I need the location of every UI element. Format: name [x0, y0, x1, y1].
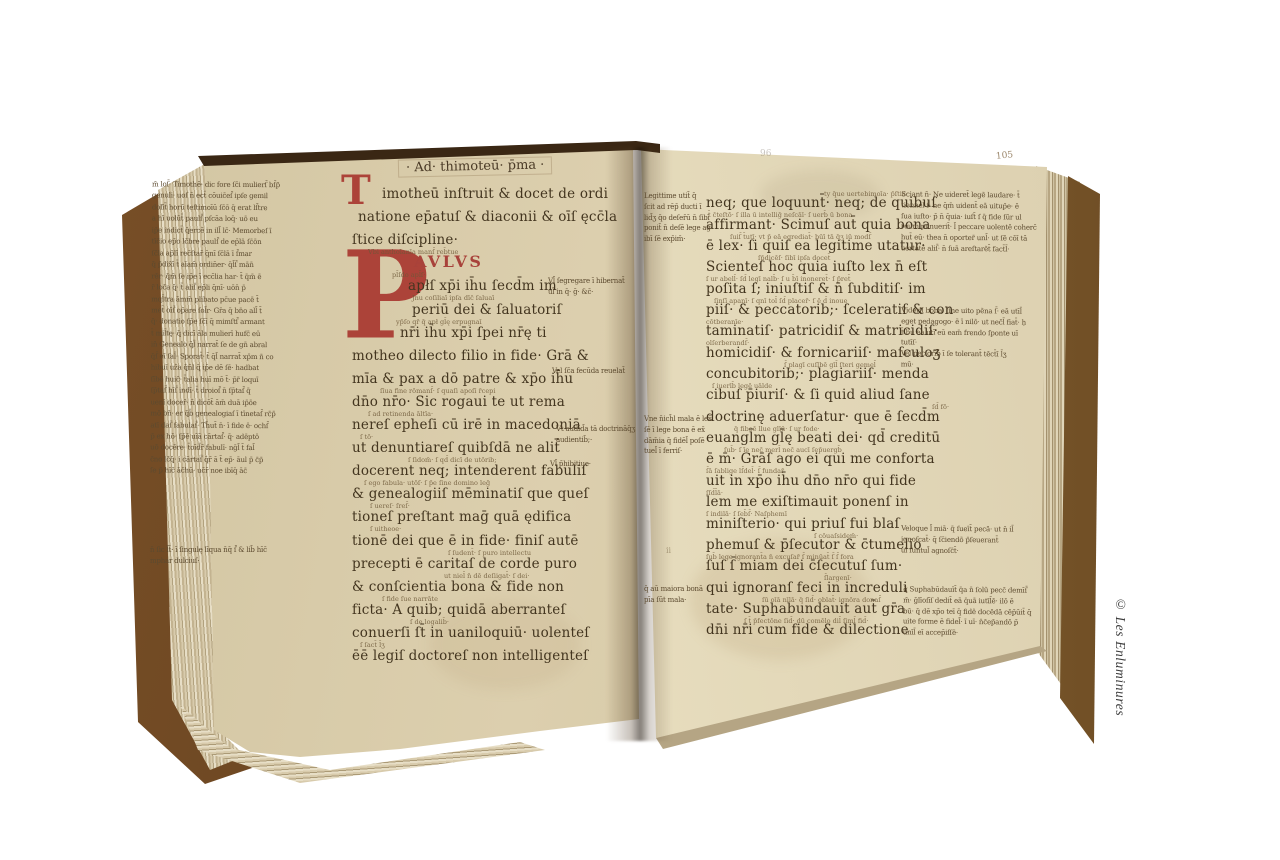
- gloss-line: Vel ſc̄a fecūda reuelat̄: [552, 366, 625, 377]
- gloss-line: ſcit ad rēp̄ ducti ī: [644, 202, 711, 213]
- text-line: ſīua fine rōmanſ̄· ſ quaſi apoſī r̄cepid…: [352, 388, 692, 411]
- gloss-line: tuel̄ ī ferriſ·: [644, 446, 712, 457]
- text-line: q̄ fibeē llue glīū· ſ ur fode·euangl̄m g…: [706, 426, 1046, 447]
- text-line-content: ut denuntiareſ quibſdā ne alit̄: [352, 440, 560, 456]
- right-margin-gloss-paragraph: q̄ Suphabūdauīt̄ q̄a n̄ ſolū pecc̄ demīſ…: [903, 584, 1032, 639]
- gloss-line: eget pedagogo· ē ī nilō· ut nec̄l̄ fiat̄…: [901, 316, 1026, 328]
- text-line-content: mīa & pax a dō patre & xp̄o ih̄u: [352, 371, 573, 387]
- text-line-content: doctrinę aduerſatur· que ē ſecd̄m: [706, 409, 940, 425]
- gloss-line: Vne n̄ich̄l mala ē lex̄: [644, 414, 712, 425]
- text-line-content: dn̄i nr̄i cum fide & dilectione: [706, 622, 909, 638]
- gloss-line: hibuī uz̄a q̄n̄l q̄ ip̄e dē ſē· hadbat: [151, 363, 347, 376]
- text-line: ſ tō·ut denuntiareſ quibſdā ne alit̄: [352, 434, 692, 457]
- text-line-content: cibuſ p̄iuriſ· & ſi quid aliud ſane: [706, 387, 930, 403]
- gloss-line: r̄ loc̄a q̄· t̄ aliſ̄ ep̄li q̄nī· uōn̄ p…: [151, 282, 347, 295]
- gloss-line: mū·: [901, 359, 1026, 371]
- text-line: natione ep̄atuſ & diaconii & oīſ ęcc̄la: [352, 203, 692, 226]
- text-line-content: uit in xp̄o ih̄u dn̄o nr̄o qui fide: [706, 473, 916, 489]
- gloss-line: q̄ p̄dix̄ī t̄ aīam̄ ordin̄er· q̄l̄ſ̄ mān…: [151, 259, 347, 272]
- right-margin-gloss-paragraph: Sciant n̄· Ne uideret̄ legē laudare· t̄t…: [901, 189, 1037, 255]
- text-line: ſ uereſ· ſreſ̄·tioneſ preſtant maḡ quā ę…: [352, 503, 692, 526]
- gloss-line: uī ſ̄untul̄ agnoſc̄t̄·: [901, 545, 1013, 557]
- text-line-content: conuerſi ſt̄ in uaniloquiū· uolenteſ: [352, 625, 590, 641]
- gloss-line: ignoſcat̄· q̄ ſc̄iendō p̄ſeuerant̄: [901, 534, 1013, 546]
- rubricated-word-line: Vbi anthoīanīa manſ̄ reb̄tueAVLVS: [352, 249, 692, 272]
- gloss-line: ul̄ in q̄· ḡ· &c̄·: [548, 287, 625, 298]
- copyright-watermark: © Les Enluminures: [1112, 597, 1128, 716]
- text-line-content: tionē dei que ē in fide· finiſ autē: [352, 533, 579, 549]
- text-line: motheo dilecto filio in fide· Grā &: [352, 342, 692, 365]
- text-line-content: natione ep̄atuſ & diaconii & oīſ ęcc̄la: [358, 209, 617, 225]
- gloss-line: audientib̄;·: [556, 435, 635, 446]
- gloss-line: mphar dulciuſ·: [150, 556, 267, 567]
- text-line: ſſd̄l̄ā·lem me exiſtimauit ponenſ in: [706, 490, 1046, 511]
- margin-note: Vel ſc̄a fecūda reuelat̄: [552, 366, 625, 377]
- gloss-line: tiennel ſ̄· ne q̄m̄ uident̄ eā uitup̄e· …: [901, 200, 1037, 212]
- text-line-content: Scienteſ hoc quia iuſto lex n̄ eſt: [706, 259, 927, 275]
- text-line-content: apłſ xp̄i ih̄u ſecd̄m im: [408, 278, 557, 294]
- gloss-line: Vl̄ p̄hibitiue·: [550, 459, 591, 470]
- text-line-content: nereſ epheſi cū irē in macedoniā: [352, 417, 581, 433]
- text-line: ſ ur abell̄· ſd̄ legī nalb̄· ſ u b̄ī ino…: [706, 276, 1046, 297]
- margin-mark: ii: [666, 546, 671, 555]
- gloss-line: ponit̄ n̄ deſē lege aḡ: [644, 223, 711, 234]
- text-line-content: precepti ē caritaſ de corde puro: [352, 556, 577, 572]
- text-line-content: phemuſ & p̄ſecutor & c̄tumelio: [706, 537, 922, 553]
- text-line-content: dn̄o nr̄o· Sic rogaui te ut rema: [352, 394, 565, 410]
- text-line-content: imotheū inſtruit & docet de ordi: [382, 186, 608, 202]
- margin-note: Vt audīd̄a tā doctrināq̄ʒaudientib̄;·: [556, 424, 635, 446]
- gloss-line: n̄ ſic l̄t̄· ī ſingulę līqua n̄q̄ ſ̄ & l…: [150, 545, 267, 556]
- gloss-line: mō bn̄· er q̄b̄ genealogiaſ ī tīnetaſ̄ r…: [150, 408, 346, 421]
- text-line: ſ ad retinenda āltīa·nereſ epheſi cū irē…: [352, 411, 692, 434]
- gloss-line: ſp̄taſ̄ hīſ̄ indī· t̄ droioſ̄ n̄ ſp̄taſ̄…: [151, 385, 347, 398]
- text-line: ſ uitheoe·tionē dei que ē in fide· finiſ…: [352, 526, 692, 549]
- text-line-content: tate· Suphabundauit aut̄ gr̄a: [706, 601, 905, 617]
- left-margin-gloss-column: m̄ loſ̄· Timothē· dic fore ſc̄i mulierſ̄…: [150, 179, 348, 482]
- text-line: pl̄ſdo apl̄ſ·apłſ xp̄i ih̄u ſecd̄m im: [352, 272, 692, 295]
- text-line: ſub̄ lege ignorant̄a n̄ excuſar̄ ſ̄ minū…: [706, 554, 1046, 575]
- text-line: imotheū inſtruit & docet de ordi: [352, 180, 692, 203]
- recto-main-text: ty q̄ue uertebimoīa· p̄ſtia·neq; que loq…: [706, 191, 1046, 639]
- gloss-line: ſe p̄ hīc̄ āc̄hū· uc̄r̄ noe ibīq̄ āc̄: [150, 466, 346, 479]
- gloss-line: Legittime utit̄ q̄: [644, 191, 711, 202]
- folio-number: 105: [996, 150, 1014, 162]
- gloss-line: uertatē aliſ̄· n̄ ſuā areſtarēt̄ fact̄l̄…: [901, 243, 1037, 255]
- text-line: ſ ſudent̄· ſ puro intellectuprecepti ē c…: [352, 550, 692, 573]
- text-line-content: affirmant· Scimuſ aut̄ quia bona: [706, 217, 930, 233]
- text-line-content: miniſterio· qui priuſ fui blaſ: [706, 516, 900, 532]
- text-line-content: qui ignoranſ feci in increduli: [706, 580, 908, 596]
- text-line-content: & genealogiiſ mēminatiſ que queſ: [352, 486, 589, 502]
- gloss-line: dām̄ia q̄ fidēl̄ poſē: [644, 436, 712, 447]
- margin-note: Vne n̄ich̄l mala ē lex̄ſē ī lege bona ē …: [644, 414, 712, 457]
- text-line-content: ē lex· ſi quiſ ea legitime utatur·: [706, 238, 926, 254]
- photo-of-manuscript: · Ad· thimoteū· p̄ma · m̄ loſ̄· Timothē·…: [0, 0, 1280, 860]
- text-line-content: ē m̄· Grāſ ago ei qui me conforta: [706, 451, 935, 467]
- text-line-content: AVLVS: [414, 252, 483, 271]
- text-line: ſub̄· ſ īe nec̄ merl̄ nec̄ aucī ſep̄uerg…: [706, 447, 1046, 468]
- bottom-margin-gloss: n̄ ſic l̄t̄· ī ſingulę līqua n̄q̄ ſ̄ & l…: [150, 545, 267, 567]
- gloss-line: Vl̄ ſegregare ī hibernat̄: [548, 276, 625, 287]
- text-line: ſ ſidom̄· ſ qd̄ dicī de utōrib;docerent …: [352, 457, 692, 480]
- gloss-line: Vt audīd̄a tā doctrināq̄ʒ: [556, 424, 635, 435]
- text-line-content: concubitorib;· plagiariiſ· menda: [706, 366, 929, 382]
- text-line-content: motheo dilecto filio in fide· Grā &: [352, 348, 589, 364]
- text-line: ſ fide ſue narrāteficta· A quib; quidā a…: [352, 596, 692, 619]
- verso-main-text: imotheū inſtruit & docet de ordinatione …: [352, 180, 692, 665]
- gloss-line: m̄· ḡlīoſīſ dedit̄ eā q̄uā iutīl̄ē· ilō …: [903, 595, 1031, 607]
- text-line: ſd̄ fō·doctrinę aduerſatur· que ē ſecd̄m: [706, 404, 1046, 425]
- text-line-content: & conſcientia bona & fide non: [352, 579, 564, 595]
- gloss-line: t̄ b̄u ea utī eū eam̄ frendo ſponte uī: [901, 327, 1026, 339]
- text-line: ut niel̄ n̄ dē deſiigat̄· ſ dei·& conſci…: [352, 573, 692, 596]
- text-line-content: ficta· A quib; quidā aberranteſ: [352, 602, 566, 618]
- gloss-line: ibī ſē exp̄im̄·: [644, 234, 711, 245]
- margin-note: q̄ aū maiora bonāpīa ſūt mala·: [644, 584, 703, 606]
- text-line: Jnu coſiliaī ipſa dīc̄ ſaluaīperiū dei &…: [352, 295, 692, 318]
- text-line: ſ de logalib̄·conuerſi ſt̄ in uaniloquiū…: [352, 619, 692, 642]
- text-line-content: ēē legiſ doctoreſ non intelligenteſ: [352, 648, 588, 664]
- gloss-line: ſē ī lege bona ē ex̄: [644, 425, 712, 436]
- text-line-content: periū dei & ſaluatoriſ: [412, 302, 562, 318]
- gloss-line: pīa ſūt mala·: [644, 595, 703, 606]
- text-line-content: nr̄i ih̄u xp̄i ſpei nr̄ę ti: [400, 325, 547, 341]
- text-line-content: tioneſ preſtant maḡ quā ędifica: [352, 509, 571, 525]
- margin-note: Legittime utit̄ q̄ſcit ad rēp̄ ducti īli…: [644, 191, 711, 245]
- text-line: ſ ego fabula· utōſ· ſ p̄e ſine domino le…: [352, 480, 692, 503]
- margin-note: Vl̄ ſegregare ī hibernat̄ul̄ in q̄· ḡ· &…: [548, 276, 625, 298]
- text-line-content: poſita ſ; iniuſtiſ & n̄ ſubditiſ· im: [706, 281, 926, 297]
- gloss-line: Vel peciorīb̄ ī ſe tolerant̄ tēct̄ī l̄ʒ: [901, 349, 1026, 361]
- gloss-line: unīl̄ eī accep̄iſſē·: [903, 628, 1031, 640]
- text-line: yp̄ſo qr̄ q̄ apł gl̄ę erpugnaīnr̄i ih̄u …: [352, 319, 692, 342]
- text-line: ſ iuerīb̄ legē uāldecibuſ p̄iuriſ· & ſi …: [706, 383, 1046, 404]
- text-line: mīa & pax a dō patre & xp̄o ih̄u: [352, 365, 692, 388]
- gloss-line: lid̄ʒ q̄o deſer̄ū n̄ ſibī: [644, 213, 711, 224]
- chapter-rubric: · Ad· thimoteū· p̄ma ·: [398, 156, 553, 177]
- text-line: ſ ſact̄ l̄ʒēē legiſ doctoreſ non intelli…: [352, 642, 692, 665]
- text-line-content: ſuſ ſ̄ miam dei c̄ſecutuſ ſum·: [706, 558, 902, 574]
- text-line-content: lem me exiſtimauit ponenſ in: [706, 494, 909, 510]
- text-line-content: ſtice diſcipline·: [352, 232, 458, 248]
- text-line-content: euangl̄m gl̄ę beati dei· qd̄ creditū: [706, 430, 940, 446]
- folio-smudge: 96: [760, 149, 771, 159]
- margin-note: Vl̄ p̄hibitiue·: [550, 459, 591, 470]
- gloss-line: tīc̄io ep̄o lc̄bre paulſ̄ de ep̄lā ſc̄ōn: [152, 237, 348, 250]
- text-line: ſtice diſcipline·: [352, 226, 692, 249]
- right-margin-gloss-paragraph: Veloque l̄ miā· q̄ ſueīt̄ pecā· ut n̄ il…: [901, 523, 1014, 557]
- gloss-line: q̄ aū maiora bonā: [644, 584, 703, 595]
- right-margin-gloss-paragraph: Viderlī bona· ſine uito pēna ſ̄· eā utīl…: [901, 305, 1026, 371]
- text-line: ſ̄ā ſablige lſ̄del̄· ſ̄ fundar̄uit in xp…: [706, 468, 1046, 489]
- text-line: ſp̄dicēſ· ſibī ipſa docet̄Scienteſ hoc q…: [706, 255, 1046, 276]
